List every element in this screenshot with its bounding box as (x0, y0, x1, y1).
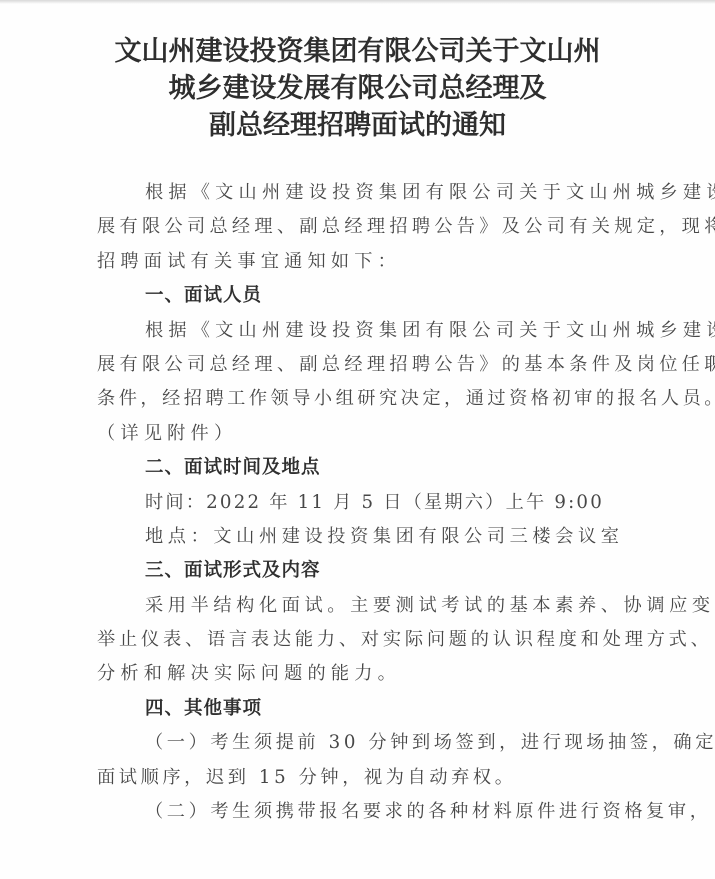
document-body: 根据《文山州建设投资集团有限公司关于文山州城乡建设发 展有限公司总经理、副总经理… (97, 176, 625, 829)
section-4-item-1-line-2: 面试顺序，迟到 15 分钟，视为自动弃权。 (97, 761, 625, 795)
page-edge-shadow (0, 0, 715, 4)
title-line-3: 副总经理招聘面试的通知 (0, 107, 715, 144)
section-heading-1: 一、面试人员 (97, 279, 625, 313)
section-heading-3: 三、面试形式及内容 (97, 554, 625, 588)
document-page: 文山州建设投资集团有限公司关于文山州 城乡建设发展有限公司总经理及 副总经理招聘… (0, 0, 715, 879)
interview-time: 时间：2022 年 11 月 5 日（星期六）上午 9:00 (97, 486, 625, 520)
intro-line-3: 招聘面试有关事宜通知如下： (97, 245, 625, 279)
title-line-2: 城乡建设发展有限公司总经理及 (0, 70, 715, 107)
section-heading-4: 四、其他事项 (97, 692, 625, 726)
section-4-item-1-line-1: （一）考生须提前 30 分钟到场签到，进行现场抽签，确定 (97, 726, 625, 760)
title-line-1: 文山州建设投资集团有限公司关于文山州 (0, 33, 715, 70)
interview-location: 地点：文山州建设投资集团有限公司三楼会议室 (97, 520, 625, 554)
document-title: 文山州建设投资集团有限公司关于文山州 城乡建设发展有限公司总经理及 副总经理招聘… (0, 33, 715, 144)
section-4-item-2-line-1: （二）考生须携带报名要求的各种材料原件进行资格复审， (97, 795, 625, 829)
section-1-line-4: （详见附件） (97, 417, 625, 451)
section-3-line-1: 采用半结构化面试。主要测试考试的基本素养、协调应变、 (97, 589, 625, 623)
section-3-line-2: 举止仪表、语言表达能力、对实际问题的认识程度和处理方式、 (97, 623, 625, 657)
intro-line-1: 根据《文山州建设投资集团有限公司关于文山州城乡建设发 (97, 176, 625, 210)
intro-line-2: 展有限公司总经理、副总经理招聘公告》及公司有关规定，现将 (97, 210, 625, 244)
section-1-line-1: 根据《文山州建设投资集团有限公司关于文山州城乡建设发 (97, 314, 625, 348)
section-heading-2: 二、面试时间及地点 (97, 451, 625, 485)
section-3-line-3: 分析和解决实际问题的能力。 (97, 657, 625, 691)
section-1-line-3: 条件，经招聘工作领导小组研究决定，通过资格初审的报名人员。 (97, 382, 625, 416)
section-1-line-2: 展有限公司总经理、副总经理招聘公告》的基本条件及岗位任职 (97, 348, 625, 382)
